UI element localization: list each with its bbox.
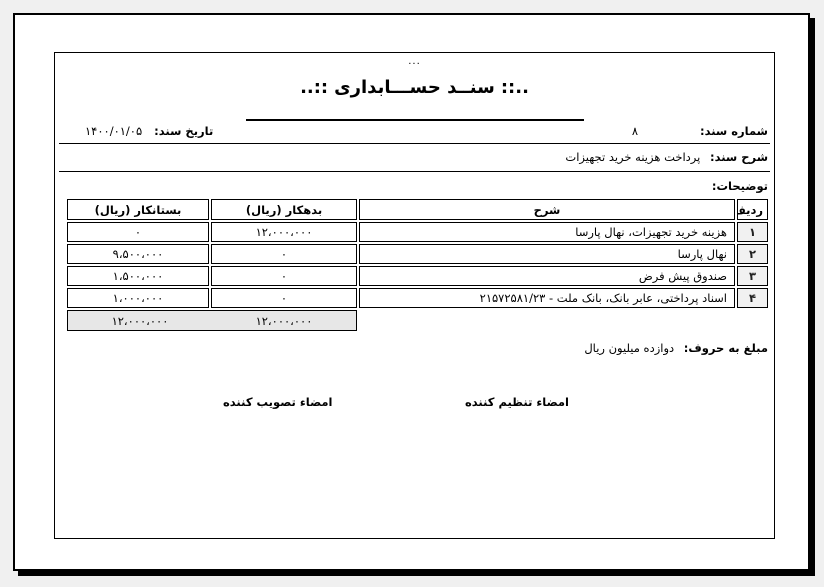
doc-date-group: تاریخ سند: ۱۴۰۰/۰۱/۰۵	[85, 124, 213, 138]
divider	[59, 171, 770, 172]
title-suffix: ::..	[498, 77, 532, 98]
description-cell: هزینه خرید تجهیزات، نهال پارسا	[359, 222, 735, 242]
table-row: ۳ صندوق پیش فرض ۰ ۱،۵۰۰،۰۰۰	[67, 266, 768, 286]
page-background: { "document": { "header_mark": "...", "t…	[0, 0, 824, 587]
inner-frame: ... ..::سنــد حســـابداری::.. شماره سند:…	[54, 52, 775, 539]
totals-band: ۱۲،۰۰۰،۰۰۰ ۱۲،۰۰۰،۰۰۰	[67, 310, 357, 331]
table-row: ۲ نهال پارسا ۰ ۹،۵۰۰،۰۰۰	[67, 244, 768, 264]
row-number-cell: ۱	[737, 222, 768, 242]
page-title: ..::سنــد حســـابداری::..	[55, 77, 774, 98]
table-header-row: ردیف شرح بدهکار (ریال) بستانکار (ریال)	[67, 199, 768, 220]
debit-cell: ۰	[281, 269, 287, 283]
notes-label: توضیحات:	[712, 179, 768, 193]
doc-description-value: پرداخت هزینه خرید تجهیزات	[565, 150, 700, 164]
doc-number-group: شماره سند: ۸	[632, 124, 768, 138]
row-number-cell: ۴	[737, 288, 768, 308]
amount-in-words-label: مبلغ به حروف:	[684, 341, 768, 355]
debit-cell: ۰	[281, 247, 287, 261]
credit-cell: ۱،۰۰۰،۰۰۰	[113, 291, 164, 305]
doc-date-value: ۱۴۰۰/۰۱/۰۵	[85, 124, 142, 138]
row-number-cell: ۲	[737, 244, 768, 264]
col-header-credit: بستانکار (ریال)	[67, 199, 209, 220]
credit-cell: ۱،۵۰۰،۰۰۰	[113, 269, 164, 283]
voucher-table: ردیف شرح بدهکار (ریال) بستانکار (ریال) ۱…	[65, 197, 770, 333]
total-debit-value: ۱۲،۰۰۰،۰۰۰	[212, 314, 356, 328]
description-cell: اسناد پرداختی، عابر بانک، بانک ملت - ۲۱۵…	[359, 288, 735, 308]
total-credit-value: ۱۲،۰۰۰،۰۰۰	[68, 314, 212, 328]
totals-row: ۱۲،۰۰۰،۰۰۰ ۱۲،۰۰۰،۰۰۰	[67, 310, 768, 331]
voucher-table-wrap: ردیف شرح بدهکار (ریال) بستانکار (ریال) ۱…	[65, 197, 770, 333]
doc-number-value: ۸	[632, 124, 638, 138]
document-sheet: ... ..::سنــد حســـابداری::.. شماره سند:…	[13, 13, 810, 571]
signature-preparer-label: امضاء تنظیم کننده	[465, 395, 569, 409]
title-text: سنــد حســـابداری	[331, 77, 498, 98]
credit-cell: ۰	[135, 225, 141, 239]
table-row: ۴ اسناد پرداختی، عابر بانک، بانک ملت - ۲…	[67, 288, 768, 308]
totals-blank-cell	[737, 310, 768, 331]
description-cell: صندوق پیش فرض	[359, 266, 735, 286]
table-row: ۱ هزینه خرید تجهیزات، نهال پارسا ۱۲،۰۰۰،…	[67, 222, 768, 242]
title-underline	[246, 119, 584, 121]
col-header-row-number: ردیف	[737, 199, 768, 220]
divider	[59, 143, 770, 144]
signature-approver-label: امضاء تصویب کننده	[223, 395, 332, 409]
doc-date-label: تاریخ سند:	[154, 124, 213, 138]
credit-cell: ۹،۵۰۰،۰۰۰	[113, 247, 164, 261]
header-mark: ...	[55, 56, 774, 67]
title-prefix: ..::	[297, 77, 331, 98]
doc-number-label: شماره سند:	[700, 124, 768, 138]
amount-in-words-value: دوازده میلیون ریال	[584, 341, 674, 355]
description-cell: نهال پارسا	[359, 244, 735, 264]
debit-cell: ۰	[281, 291, 287, 305]
row-number-cell: ۳	[737, 266, 768, 286]
doc-description-label: شرح سند:	[710, 150, 768, 164]
totals-blank-cell	[359, 310, 735, 331]
doc-description-row: شرح سند: پرداخت هزینه خرید تجهیزات	[565, 150, 768, 164]
amount-in-words-row: مبلغ به حروف: دوازده میلیون ریال	[584, 341, 768, 355]
col-header-description: شرح	[359, 199, 735, 220]
col-header-debit: بدهکار (ریال)	[211, 199, 357, 220]
debit-cell: ۱۲،۰۰۰،۰۰۰	[256, 225, 313, 239]
